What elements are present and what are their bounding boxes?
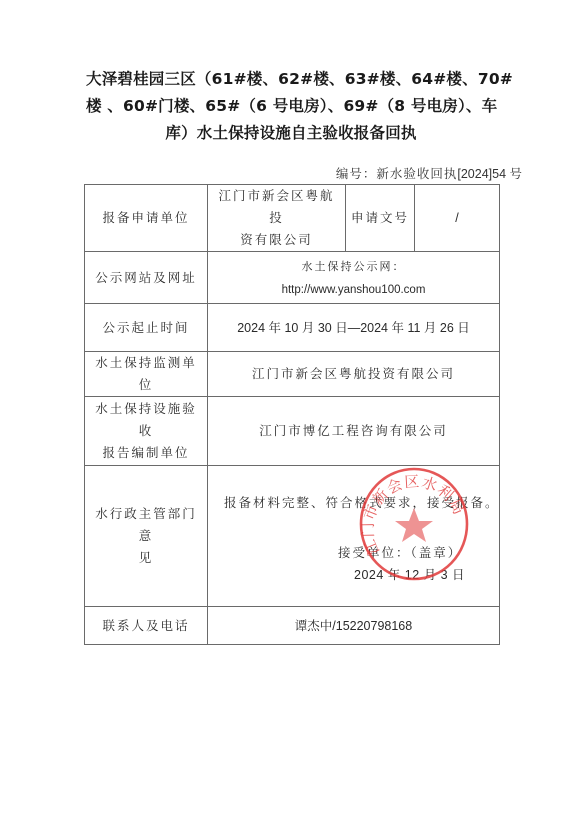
filing-receipt-table: 报备申请单位 江门市新会区粤航投 资有限公司 申请文号 / 公示网站及网址 水土…	[84, 184, 500, 645]
document-number-label: 编号：新水验收回执	[336, 166, 458, 181]
period-value: 2024 年 10 月 30 日—2024 年 11 月 26 日	[208, 304, 500, 352]
row-applicant: 报备申请单位 江门市新会区粤航投 资有限公司 申请文号 /	[85, 185, 500, 252]
row-contact: 联系人及电话 谭杰中/15220798168	[85, 607, 500, 645]
report-label-line2: 报告编制单位	[89, 442, 203, 464]
row-period: 公示起止时间 2024 年 10 月 30 日—2024 年 11 月 26 日	[85, 304, 500, 352]
applicant-value: 江门市新会区粤航投 资有限公司	[208, 185, 346, 252]
document-title: 大泽碧桂园三区（61#楼、62#楼、63#楼、64#楼、70# 楼 、60#门楼…	[86, 66, 496, 147]
applicant-value-line1: 江门市新会区粤航投	[212, 185, 341, 229]
row-monitor: 水土保持监测单位 江门市新会区粤航投资有限公司	[85, 352, 500, 397]
monitor-value: 江门市新会区粤航投资有限公司	[208, 352, 500, 397]
applicant-value-line2: 资有限公司	[212, 229, 341, 251]
opinion-receiver: 接受单位：（盖章）	[338, 542, 462, 564]
opinion-value: 报备材料完整、符合格式要求，接受报备。 接受单位：（盖章） 2024 年 12 …	[208, 466, 500, 607]
opinion-label: 水行政主管部门意 见	[85, 466, 208, 607]
application-doc-value: /	[415, 185, 500, 252]
document-number-value: [2024]54 号	[457, 167, 522, 181]
opinion-statement: 报备材料完整、符合格式要求，接受报备。	[224, 492, 500, 514]
row-report: 水土保持设施验收 报告编制单位 江门市博亿工程咨询有限公司	[85, 397, 500, 466]
contact-value: 谭杰中/15220798168	[208, 607, 500, 645]
row-opinion: 水行政主管部门意 见 报备材料完整、符合格式要求，接受报备。 接受单位：（盖章）…	[85, 466, 500, 607]
title-line-2: 楼 、60#门楼、65#（6 号电房）、69#（8 号电房）、车	[86, 93, 496, 120]
monitor-label: 水土保持监测单位	[85, 352, 208, 397]
report-value: 江门市博亿工程咨询有限公司	[208, 397, 500, 466]
period-label: 公示起止时间	[85, 304, 208, 352]
opinion-label-line2: 见	[89, 547, 203, 569]
title-line-1: 大泽碧桂园三区（61#楼、62#楼、63#楼、64#楼、70#	[86, 66, 496, 93]
opinion-label-line1: 水行政主管部门意	[89, 503, 203, 547]
applicant-label: 报备申请单位	[85, 185, 208, 252]
document-number: 编号：新水验收回执[2024]54 号	[336, 164, 522, 182]
website-url: http://www.yanshou100.com	[212, 279, 495, 301]
title-line-3: 库）水土保持设施自主验收报备回执	[86, 120, 496, 147]
application-doc-label: 申请文号	[346, 185, 415, 252]
report-label-line1: 水土保持设施验收	[89, 398, 203, 442]
contact-label: 联系人及电话	[85, 607, 208, 645]
website-label: 公示网站及网址	[85, 252, 208, 304]
row-website: 公示网站及网址 水土保持公示网： http://www.yanshou100.c…	[85, 252, 500, 304]
opinion-date: 2024 年 12 月 3 日	[354, 564, 465, 586]
report-label: 水土保持设施验收 报告编制单位	[85, 397, 208, 466]
website-value: 水土保持公示网： http://www.yanshou100.com	[208, 252, 500, 304]
website-name: 水土保持公示网：	[212, 255, 495, 279]
